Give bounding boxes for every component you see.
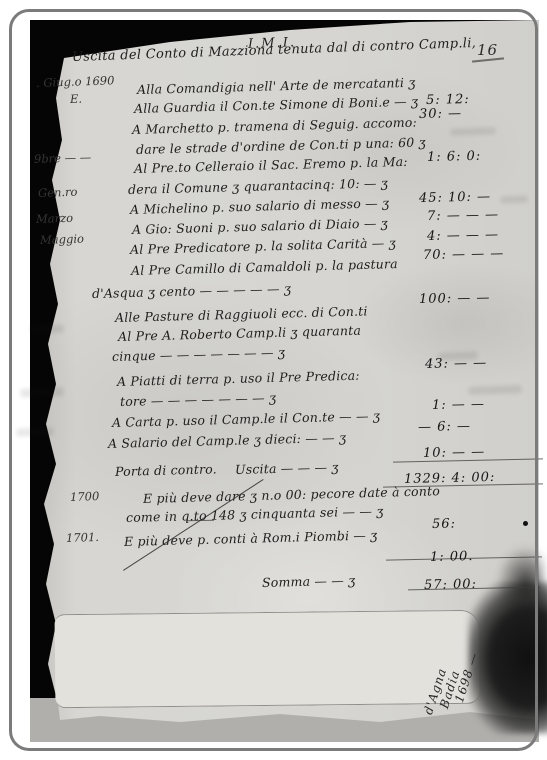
- folio-number: 16: [477, 41, 498, 59]
- ledger-line: Alla Guardia il Con.te Simone di Boni.e …: [134, 94, 419, 116]
- amount-value: 1: 00.: [430, 549, 474, 565]
- amount-value: 45: 10: —: [419, 189, 491, 206]
- margin-date: 9bre — —: [34, 150, 92, 166]
- amount-value: 57: 00:: [424, 577, 477, 593]
- ledger-line: Al Pre.to Celleraio il Sac. Eremo p. la …: [134, 154, 408, 176]
- amount-value: 1: 6: 0:: [427, 149, 482, 165]
- ledger-line: A Salario del Camp.le ʒ dieci: — — ʒ: [108, 430, 347, 451]
- ledger-line: A Piatti di terra p. uso il Pre Predica:: [117, 368, 360, 389]
- ledger-line: A Carta p. uso il Camp.le il Con.te — — …: [112, 408, 381, 430]
- handwritten-text-layer: I.M.I. Uscita del Conto di Mazziona tenu…: [0, 0, 547, 760]
- amount-value: 70: — — —: [423, 246, 505, 263]
- ledger-line: cinque — — — — — — — ʒ: [112, 344, 286, 364]
- ledger-line: Al Pre Predicatore p. la solita Carità —…: [130, 235, 396, 257]
- amount-value: 43: — —: [425, 356, 488, 372]
- ledger-line: Uscita — — — ʒ: [235, 459, 339, 477]
- margin-date: Gen.ro: [38, 185, 78, 200]
- margin-date: Marzo: [36, 211, 74, 226]
- ledger-line: dera il Comune ʒ quarantacinq: 10: — ʒ: [128, 175, 388, 197]
- ledger-line: tore — — — — — — — ʒ: [120, 390, 277, 409]
- amount-value: 100: — —: [419, 290, 491, 307]
- amount-value: 10: — —: [423, 445, 486, 461]
- ledger-line: Alle Pasture di Raggiuoli ecc. di Con.ti: [115, 303, 368, 325]
- ledger-line: Al Pre A. Roberto Camp.li ʒ quaranta: [118, 323, 361, 344]
- amount-value: 7: — — —: [427, 207, 499, 224]
- amount-value: 1: — —: [432, 397, 485, 413]
- ledger-line: E più deve p. conti à Rom.i Piombi — ʒ: [124, 527, 378, 549]
- margin-date: E.: [70, 92, 83, 106]
- margin-date: 1701.: [66, 530, 99, 545]
- margin-date: . Giug.o 1690: [36, 73, 115, 90]
- amount-value: 4: — — —: [427, 227, 499, 244]
- amount-value: 56:: [432, 516, 456, 532]
- margin-date: Maggio: [40, 231, 84, 247]
- ledger-line: Alla Comandigia nell' Arte de mercatanti…: [137, 75, 416, 97]
- ledger-line: Al Pre Camillo di Camaldoli p. la pastur…: [131, 256, 398, 278]
- ledger-line: A Gio: Suoni p. suo salario di Diaio — ʒ: [132, 215, 388, 237]
- ledger-line: A Michelino p. suo salario di messo — ʒ: [130, 195, 390, 217]
- ledger-line: E più deve dare ʒ n.o 00: pecore date à …: [143, 483, 440, 506]
- ledger-line: A Marchetto p. tramena di Seguig. accomo…: [132, 115, 417, 137]
- manuscript-scan-photo: I.M.I. Uscita del Conto di Mazziona tenu…: [0, 0, 547, 760]
- ledger-line: d'Asqua ʒ cento — — — — — ʒ: [92, 281, 292, 301]
- amount-value: 30: —: [419, 106, 462, 122]
- ledger-line: Somma — — ʒ: [262, 573, 356, 590]
- amount-value: — 6: —: [418, 419, 471, 435]
- margin-date: 1700: [70, 489, 100, 504]
- ledger-line: Porta di contro.: [115, 461, 217, 479]
- ledger-line: come in q.to 148 ʒ cinquanta sei — — ʒ: [126, 503, 384, 525]
